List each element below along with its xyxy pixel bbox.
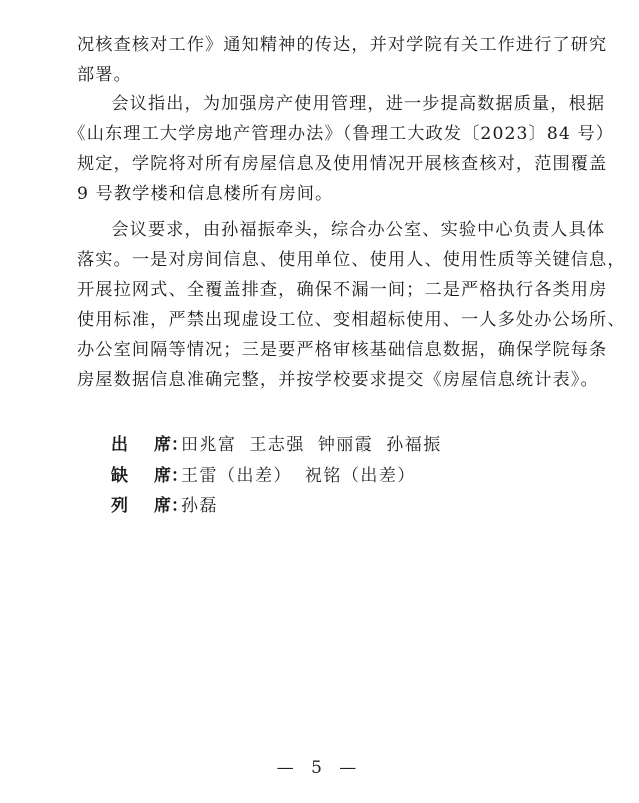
attendance-present: 出 席 ： 田兆富 王志强 钟丽霞 孙福振 <box>111 430 448 461</box>
attendee-name: 王志强 <box>249 435 305 455</box>
text-line: 部署。 <box>77 60 565 90</box>
text-line: 《山东理工大学房地产管理办法》（鲁理工大政发〔2023〕84 号） <box>68 119 565 149</box>
absentee-name: 祝铭（出差） <box>305 466 416 486</box>
text-line: 房屋数据信息准确完整，并按学校要求提交《房屋信息统计表》。 <box>77 365 565 395</box>
text-line: 规定，学院将对所有房屋信息及使用情况开展核查核对，范围覆盖 <box>77 149 565 179</box>
document-page: 况核查核对工作》通知精神的传达，并对学院有关工作进行了研究 部署。 会议指出，为… <box>0 0 639 803</box>
text-line: 会议指出，为加强房产使用管理，进一步提高数据质量，根据 <box>77 89 565 119</box>
attendee-name: 钟丽霞 <box>318 435 374 455</box>
text-line: 使用标准，严禁出现虚设工位、变相超标使用、一人多处办公场所、 <box>77 305 565 335</box>
label-colon: ： <box>171 491 181 522</box>
label-char: 席 <box>154 461 171 492</box>
text-line: 况核查核对工作》通知精神的传达，并对学院有关工作进行了研究 <box>77 30 565 60</box>
label-char: 席 <box>154 491 171 522</box>
label-colon: ： <box>171 461 181 492</box>
text-line: 落实。一是对房间信息、使用单位、使用人、使用性质等关键信息， <box>77 245 565 275</box>
text-line: 9 号教学楼和信息楼所有房间。 <box>77 179 565 209</box>
paragraph-1: 况核查核对工作》通知精神的传达，并对学院有关工作进行了研究 部署。 <box>77 30 565 90</box>
absentee-names: 王雷（出差） 祝铭（出差） <box>181 461 422 492</box>
paragraph-3: 会议要求，由孙福振牵头，综合办公室、实验中心负责人具体 落实。一是对房间信息、使… <box>77 215 565 395</box>
observer-names: 孙磊 <box>181 491 224 522</box>
page-number: — 5 — <box>0 758 639 778</box>
label-char: 出 <box>111 430 128 461</box>
attendance-label: 出 席 <box>111 430 171 461</box>
absentee-name: 王雷（出差） <box>181 466 292 486</box>
label-char: 席 <box>154 430 171 461</box>
attendance-absent: 缺 席 ： 王雷（出差） 祝铭（出差） <box>111 461 448 492</box>
attendee-names: 田兆富 王志强 钟丽霞 孙福振 <box>181 430 448 461</box>
text-line: 会议要求，由孙福振牵头，综合办公室、实验中心负责人具体 <box>77 215 565 245</box>
label-char: 列 <box>111 491 128 522</box>
label-colon: ： <box>171 430 181 461</box>
text-line: 开展拉网式、全覆盖排查，确保不漏一间；二是严格执行各类用房 <box>77 275 565 305</box>
paragraph-2: 会议指出，为加强房产使用管理，进一步提高数据质量，根据 《山东理工大学房地产管理… <box>77 89 565 209</box>
label-char: 缺 <box>111 461 128 492</box>
attendance-label: 列 席 <box>111 491 171 522</box>
attendee-name: 孙福振 <box>386 435 442 455</box>
attendee-name: 田兆富 <box>181 435 237 455</box>
attendance-list: 出 席 ： 田兆富 王志强 钟丽霞 孙福振 缺 席 ： 王雷（出差） 祝铭（出差… <box>111 430 448 522</box>
text-line: 办公室间隔等情况；三是要严格审核基础信息数据，确保学院每条 <box>77 335 565 365</box>
attendance-label: 缺 席 <box>111 461 171 492</box>
observer-name: 孙磊 <box>181 496 218 516</box>
attendance-observer: 列 席 ： 孙磊 <box>111 491 448 522</box>
